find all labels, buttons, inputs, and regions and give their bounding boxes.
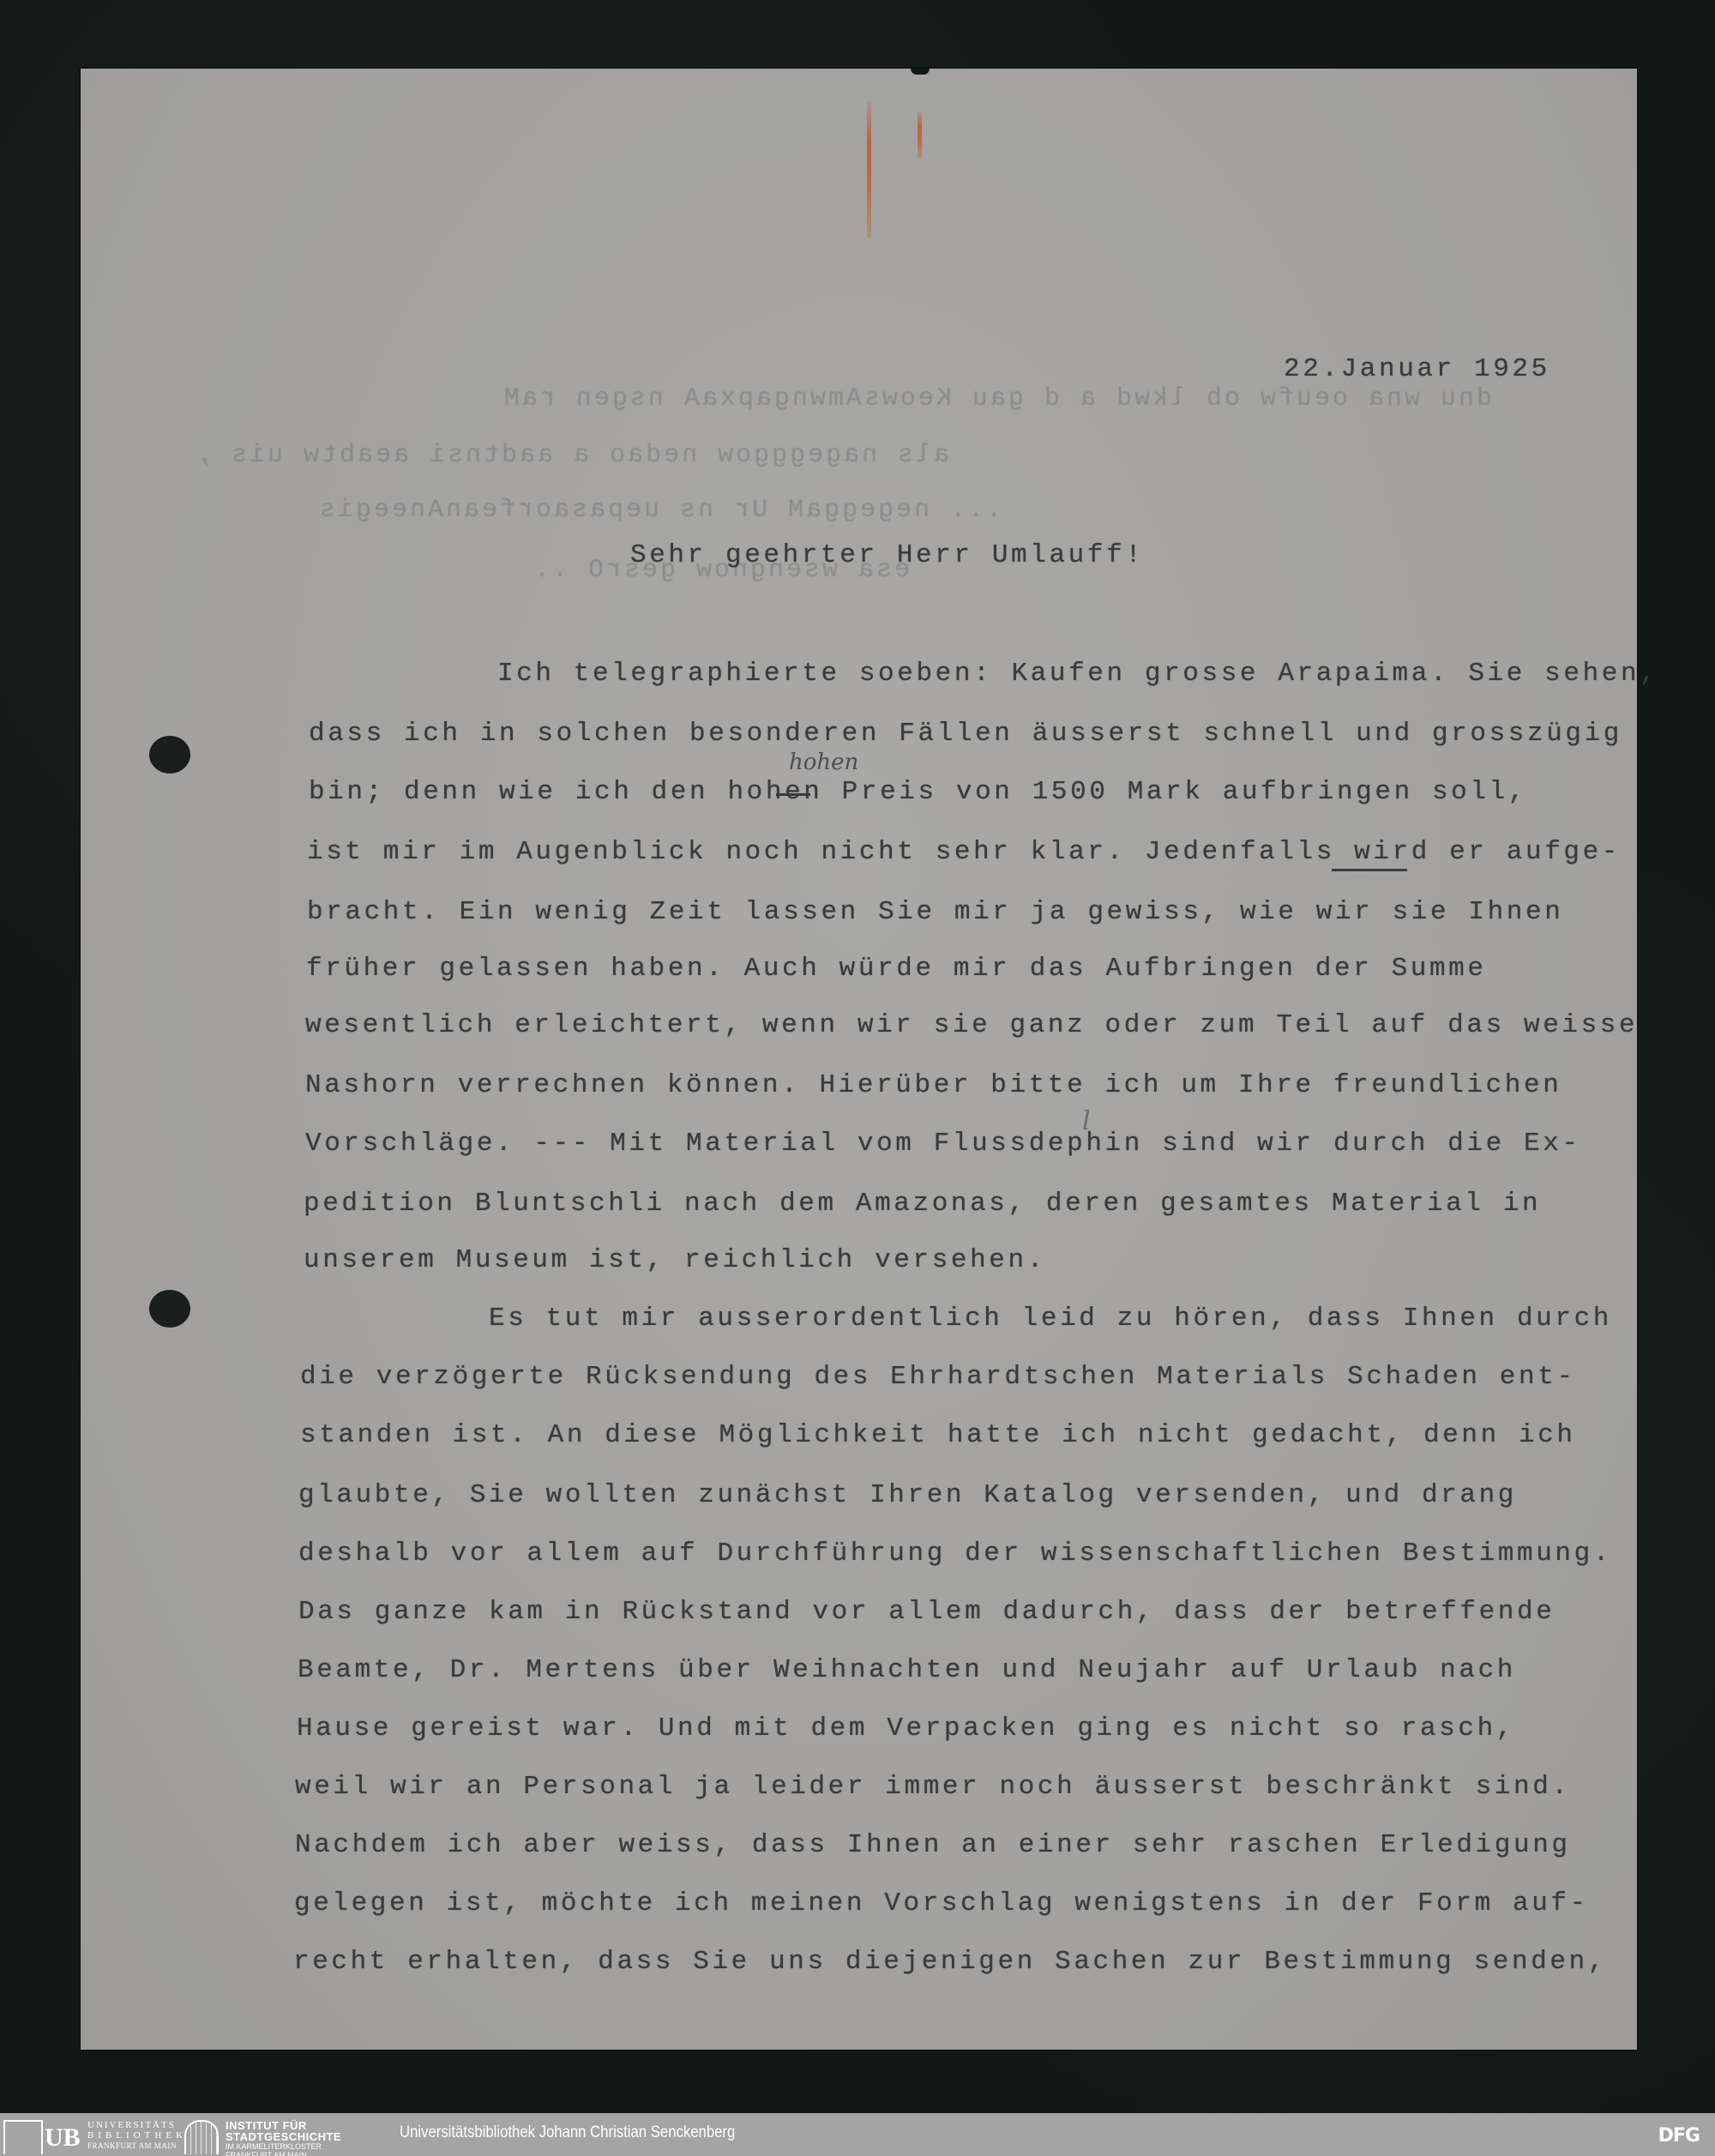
body-line: unserem Museum ist, reichlich versehen.	[304, 1247, 1046, 1274]
body-line: früher gelassen haben. Auch würde mir da…	[306, 955, 1487, 982]
isg-logo-line2: STADTGESCHICHTE	[226, 2131, 341, 2142]
isg-logo-line3: IM KARMELITERKLOSTER	[226, 2142, 341, 2151]
body-line: weil wir an Personal ja leider immer noc…	[295, 1774, 1571, 1800]
page-notch	[911, 69, 930, 75]
body-line: recht erhalten, dass Sie uns diejenigen …	[293, 1948, 1607, 1975]
body-line: wesentlich erleichtert, wenn wir sie gan…	[305, 1012, 1638, 1039]
rust-staple-mark-right	[918, 111, 922, 159]
body-line: standen ist. An diese Möglichkeit hatte …	[300, 1422, 1576, 1448]
body-line: gelegen ist, möchte ich meinen Vorschlag…	[294, 1890, 1589, 1917]
punch-hole-top	[149, 736, 190, 774]
body-line: ist mir im Augenblick noch nicht sehr kl…	[307, 839, 1621, 865]
ub-logo-line2: BIBLIOTHEK	[87, 2130, 187, 2141]
body-line: Nachdem ich aber weiss, dass Ihnen an ei…	[295, 1832, 1571, 1858]
ub-logo-line1: UNIVERSITÄTS	[87, 2120, 187, 2130]
bleed-through-line: ... negeggaM Ur ns uepasaorfeanAneegis	[317, 496, 1002, 525]
body-line: deshalb vor allem auf Durchführung der w…	[298, 1540, 1612, 1567]
body-line: Ich telegraphierte soeben: Kaufen grosse…	[497, 660, 1658, 687]
body-line: bin; denn wie ich den hohen Preis von 15…	[309, 779, 1527, 805]
rust-staple-mark-left	[867, 101, 871, 238]
dfg-logo[interactable]: DFG	[1658, 2125, 1700, 2147]
body-line: bracht. Ein wenig Zeit lassen Sie mir ja…	[307, 899, 1563, 925]
body-line: Beamte, Dr. Mertens über Weihnachten und…	[298, 1657, 1516, 1683]
body-line: glaubte, Sie wollten zunächst Ihren Kata…	[298, 1482, 1517, 1509]
strikethrough-mark	[776, 793, 810, 796]
bleed-through-line: dnu wna oeufw ob lkwd a d gau KeowsAmwng…	[120, 384, 1492, 413]
isg-logo[interactable]: INSTITUT FÜR STADTGESCHICHTE IM KARMELIT…	[184, 2120, 339, 2154]
arch-icon	[184, 2120, 219, 2154]
body-line: Das ganze kam in Rückstand vor allem dad…	[298, 1599, 1555, 1625]
handwritten-correction: hohen	[789, 750, 858, 775]
letter-salutation: Sehr geehrter Herr Umlauff!	[630, 542, 1144, 569]
ub-logo-text: UNIVERSITÄTS BIBLIOTHEK FRANKFURT AM MAI…	[87, 2120, 187, 2151]
body-line: Es tut mir ausserordentlich leid zu höre…	[489, 1305, 1612, 1332]
ub-logo[interactable]: UB UNIVERSITÄTS BIBLIOTHEK FRANKFURT AM …	[3, 2120, 166, 2154]
letter-date: 22.Januar 1925	[1284, 356, 1550, 382]
ub-logo-letters: UB	[45, 2125, 81, 2151]
underline-wird	[1332, 869, 1407, 871]
body-line: Vorschläge. --- Mit Material vom Flussde…	[305, 1130, 1581, 1157]
isg-logo-text: INSTITUT FÜR STADTGESCHICHTE IM KARMELIT…	[226, 2120, 341, 2156]
handwritten-mark: l	[1082, 1106, 1091, 1136]
punch-hole-bottom	[149, 1290, 190, 1328]
library-building-icon	[3, 2120, 43, 2154]
body-line: die verzögerte Rücksendung des Ehrhardts…	[300, 1364, 1576, 1390]
footer-bar: UB UNIVERSITÄTS BIBLIOTHEK FRANKFURT AM …	[0, 2113, 1715, 2156]
isg-logo-line4: FRANKFURT AM MAIN	[226, 2151, 341, 2156]
footer-caption: Universitätsbibliothek Johann Christian …	[400, 2123, 735, 2142]
bleed-through-line: als nagegggow nedao a aadtnsi aeabtw uis…	[193, 441, 949, 470]
ub-logo-line3: FRANKFURT AM MAIN	[87, 2141, 187, 2151]
body-line: dass ich in solchen besonderen Fällen äu…	[309, 720, 1622, 747]
body-line: Nashorn verrechnen können. Hierüber bitt…	[305, 1072, 1562, 1099]
body-line: Hause gereist war. Und mit dem Verpacken…	[297, 1715, 1515, 1742]
body-line: pedition Bluntschli nach dem Amazonas, d…	[304, 1190, 1541, 1217]
